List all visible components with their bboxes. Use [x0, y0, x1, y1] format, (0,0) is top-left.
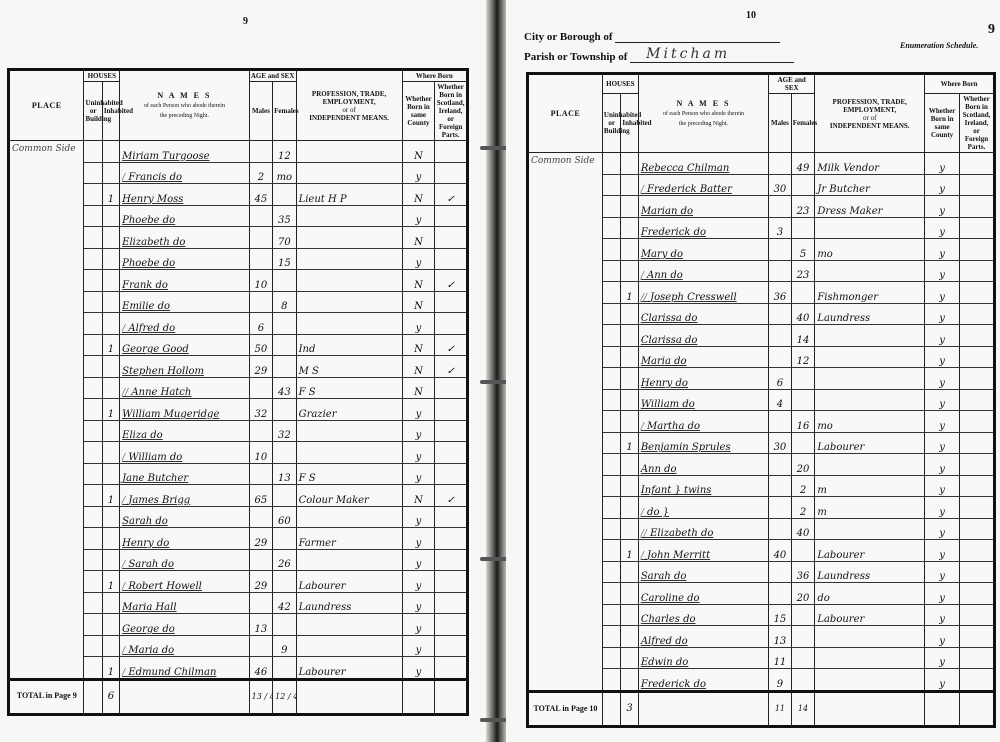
profession	[296, 549, 402, 571]
female-age	[791, 282, 815, 304]
person-name: Clarissa do	[638, 303, 768, 325]
city-borough-line: City or Borough of	[524, 28, 780, 43]
born-same-county: y	[925, 260, 960, 282]
born-foreign	[435, 549, 468, 571]
born-same-county: y	[402, 248, 435, 270]
parish-township-line: Parish or Township of Mitcham	[524, 46, 794, 63]
person-name: Clarissa do	[638, 325, 768, 347]
total-foreign	[960, 691, 995, 726]
inhabited-cell	[621, 196, 638, 218]
uninhabited-cell	[84, 141, 102, 163]
person-name: / Ann do	[638, 260, 768, 282]
inhabited-cell	[102, 506, 119, 528]
female-age	[273, 442, 296, 464]
inhabited-cell	[102, 592, 119, 614]
born-foreign	[435, 141, 468, 163]
born-foreign	[960, 368, 995, 390]
person-name: Ann do	[638, 454, 768, 476]
female-age	[791, 368, 815, 390]
born-foreign	[960, 583, 995, 605]
male-age	[769, 475, 792, 497]
uninhabited-cell	[84, 356, 102, 378]
born-same-county: N	[402, 291, 435, 313]
born-foreign	[435, 313, 468, 335]
born-foreign	[435, 420, 468, 442]
inhabited-cell: 1	[621, 540, 638, 562]
person-name: / John Merritt	[638, 540, 768, 562]
female-age	[273, 399, 296, 421]
col-place: PLACE	[9, 70, 84, 141]
male-age: 15	[769, 604, 792, 626]
profession	[296, 420, 402, 442]
born-same-county: y	[925, 174, 960, 196]
uninhabited-cell	[602, 389, 620, 411]
profession: Laundress	[815, 303, 925, 325]
born-foreign	[960, 604, 995, 626]
female-age: 14	[791, 325, 815, 347]
born-foreign	[435, 635, 468, 657]
uninhabited-cell	[84, 614, 102, 636]
person-name: George Good	[120, 334, 250, 356]
born-same-county: y	[925, 196, 960, 218]
profession: Laundress	[296, 592, 402, 614]
col-males: Males	[251, 107, 271, 115]
person-name: // Joseph Cresswell	[638, 282, 768, 304]
born-foreign	[960, 325, 995, 347]
born-foreign: ✓	[435, 184, 468, 206]
person-name: / Sarah do	[120, 549, 250, 571]
person-name: Miriam Turgoose	[120, 141, 250, 163]
col-females: Females	[274, 107, 294, 115]
inhabited-cell	[621, 604, 638, 626]
book-spine	[486, 0, 508, 742]
born-foreign	[960, 411, 995, 433]
profession: Farmer	[296, 528, 402, 550]
born-foreign	[960, 303, 995, 325]
female-age	[273, 313, 296, 335]
born-same-county: y	[402, 571, 435, 593]
person-name: Alfred do	[638, 626, 768, 648]
male-age	[249, 141, 272, 163]
born-same-county: y	[925, 518, 960, 540]
inhabited-cell	[102, 463, 119, 485]
inhabited-cell: 1	[102, 571, 119, 593]
inhabited-cell	[102, 313, 119, 335]
uninhabited-cell	[602, 647, 620, 669]
born-same-county: y	[402, 420, 435, 442]
female-age: 32	[273, 420, 296, 442]
profession: mo	[815, 411, 925, 433]
profession	[296, 313, 402, 335]
person-name: / William do	[120, 442, 250, 464]
inhabited-cell: 1	[102, 657, 119, 680]
male-age	[769, 518, 792, 540]
city-borough-value	[615, 28, 780, 43]
profession: Labourer	[815, 540, 925, 562]
female-age: 8	[273, 291, 296, 313]
inhabited-cell	[621, 217, 638, 239]
uninhabited-cell	[602, 497, 620, 519]
profession: Milk Vendor	[815, 153, 925, 175]
male-age: 30	[769, 174, 792, 196]
total-names	[120, 679, 250, 714]
male-age: 46	[249, 657, 272, 680]
schedule-label: Enumeration Schedule.	[900, 41, 978, 50]
born-same-county: y	[925, 325, 960, 347]
parish-township-value: Mitcham	[630, 46, 794, 63]
born-foreign	[960, 196, 995, 218]
total-same-county	[925, 691, 960, 726]
born-same-county: y	[925, 346, 960, 368]
col-names: N A M E Sof each Person who abode therei…	[120, 70, 250, 141]
male-age	[249, 549, 272, 571]
person-name: Mary do	[638, 239, 768, 261]
male-age	[249, 463, 272, 485]
total-label: TOTAL in Page 9	[9, 679, 84, 714]
born-same-county: N	[402, 485, 435, 507]
male-age	[249, 420, 272, 442]
male-age: 13	[769, 626, 792, 648]
inhabited-cell	[102, 420, 119, 442]
male-age	[769, 260, 792, 282]
col-same-county: Whether Born in same County	[926, 107, 958, 139]
born-same-county: N	[402, 334, 435, 356]
inhabited-cell	[621, 346, 638, 368]
male-age: 10	[249, 442, 272, 464]
born-foreign	[960, 153, 995, 175]
uninhabited-cell	[602, 411, 620, 433]
uninhabited-cell	[602, 217, 620, 239]
person-name: Frederick do	[638, 217, 768, 239]
profession	[815, 669, 925, 692]
born-foreign: ✓	[435, 356, 468, 378]
col-uninhabited: Uninhabited or Building	[85, 99, 100, 123]
inhabited-cell: 1	[102, 399, 119, 421]
uninhabited-cell	[84, 549, 102, 571]
profession: Dress Maker	[815, 196, 925, 218]
total-males: 11	[769, 691, 792, 726]
uninhabited-cell	[84, 291, 102, 313]
profession: Labourer	[296, 657, 402, 680]
uninhabited-cell	[602, 196, 620, 218]
inhabited-cell	[621, 561, 638, 583]
person-name: / Martha do	[638, 411, 768, 433]
uninhabited-cell	[602, 239, 620, 261]
male-age	[769, 196, 792, 218]
born-same-county: y	[402, 528, 435, 550]
female-age: 26	[273, 549, 296, 571]
female-age: 43	[273, 377, 296, 399]
person-name: Marian do	[638, 196, 768, 218]
col-place: PLACE	[528, 74, 603, 153]
born-same-county: N	[402, 356, 435, 378]
female-age	[273, 334, 296, 356]
born-foreign	[435, 162, 468, 184]
born-same-county: N	[402, 270, 435, 292]
born-foreign	[435, 571, 468, 593]
inhabited-cell: 1	[102, 485, 119, 507]
uninhabited-cell	[84, 506, 102, 528]
uninhabited-cell	[602, 346, 620, 368]
profession: Labourer	[815, 604, 925, 626]
profession	[815, 626, 925, 648]
male-age: 32	[249, 399, 272, 421]
male-age	[769, 303, 792, 325]
female-age: 40	[791, 518, 815, 540]
profession	[815, 217, 925, 239]
born-same-county: N	[402, 141, 435, 163]
born-same-county: y	[925, 239, 960, 261]
inhabited-cell	[102, 377, 119, 399]
total-inhabited: 3	[621, 691, 638, 726]
male-age: 29	[249, 356, 272, 378]
female-age	[273, 614, 296, 636]
male-age: 45	[249, 184, 272, 206]
born-same-county: y	[402, 162, 435, 184]
col-age-sex: AGE and SEX	[249, 70, 296, 82]
male-age: 40	[769, 540, 792, 562]
person-name: / do }	[638, 497, 768, 519]
born-foreign	[960, 454, 995, 476]
col-houses: HOUSES	[602, 74, 638, 94]
uninhabited-cell	[84, 420, 102, 442]
female-age: 12	[273, 141, 296, 163]
uninhabited-cell	[602, 583, 620, 605]
inhabited-cell	[621, 454, 638, 476]
inhabited-cell	[102, 248, 119, 270]
born-foreign	[960, 475, 995, 497]
col-names: N A M E Sof each Person who abode therei…	[638, 74, 768, 153]
inhabited-cell	[621, 411, 638, 433]
uninhabited-cell	[84, 592, 102, 614]
female-age: 2	[791, 497, 815, 519]
total-uninhabited	[84, 679, 102, 714]
person-name: Henry do	[638, 368, 768, 390]
male-age: 29	[249, 571, 272, 593]
total-females: 12 / 44	[273, 679, 296, 714]
inhabited-cell	[621, 260, 638, 282]
inhabited-cell	[621, 518, 638, 540]
female-age	[791, 604, 815, 626]
uninhabited-cell	[602, 626, 620, 648]
uninhabited-cell	[84, 463, 102, 485]
col-males: Males	[770, 119, 790, 127]
profession	[815, 346, 925, 368]
male-age	[249, 377, 272, 399]
male-age: 13	[249, 614, 272, 636]
born-same-county: y	[925, 217, 960, 239]
uninhabited-cell	[602, 669, 620, 692]
born-foreign	[435, 291, 468, 313]
profession	[296, 442, 402, 464]
person-name: William Mugeridge	[120, 399, 250, 421]
page-number: 10	[746, 10, 756, 21]
female-age	[791, 217, 815, 239]
total-same-county	[402, 679, 435, 714]
inhabited-cell	[102, 614, 119, 636]
female-age	[273, 571, 296, 593]
born-same-county: y	[402, 399, 435, 421]
uninhabited-cell	[602, 540, 620, 562]
person-name: Frank do	[120, 270, 250, 292]
female-age: 20	[791, 454, 815, 476]
male-age: 9	[769, 669, 792, 692]
profession: F S	[296, 377, 402, 399]
person-name: / Alfred do	[120, 313, 250, 335]
inhabited-cell	[102, 205, 119, 227]
born-same-county: y	[402, 506, 435, 528]
uninhabited-cell	[602, 604, 620, 626]
uninhabited-cell	[602, 260, 620, 282]
col-houses: HOUSES	[84, 70, 120, 82]
male-age	[769, 583, 792, 605]
profession	[296, 291, 402, 313]
profession: Laundress	[815, 561, 925, 583]
uninhabited-cell	[602, 561, 620, 583]
female-age	[791, 626, 815, 648]
inhabited-cell	[621, 669, 638, 692]
total-males: 13 / 44	[249, 679, 272, 714]
inhabited-cell: 1	[102, 334, 119, 356]
inhabited-cell	[102, 549, 119, 571]
inhabited-cell	[621, 325, 638, 347]
uninhabited-cell	[602, 432, 620, 454]
uninhabited-cell	[84, 571, 102, 593]
female-age: 36	[791, 561, 815, 583]
born-foreign	[435, 463, 468, 485]
born-same-county: y	[402, 657, 435, 680]
inhabited-cell	[621, 626, 638, 648]
inhabited-cell	[621, 583, 638, 605]
col-profession: PROFESSION, TRADE,EMPLOYMENT,or ofINDEPE…	[815, 74, 925, 153]
profession: Grazier	[296, 399, 402, 421]
born-same-county: y	[402, 614, 435, 636]
person-name: Infant } twins	[638, 475, 768, 497]
total-label: TOTAL in Page 10	[528, 691, 603, 726]
col-foreign: Whether Born in Scotland, Ireland, or Fo…	[436, 83, 465, 139]
person-name: Elizabeth do	[120, 227, 250, 249]
person-name: Henry do	[120, 528, 250, 550]
born-same-county: y	[402, 442, 435, 464]
male-age	[769, 153, 792, 175]
uninhabited-cell	[84, 485, 102, 507]
born-same-county: y	[925, 411, 960, 433]
female-age	[273, 528, 296, 550]
uninhabited-cell	[84, 334, 102, 356]
born-same-county: y	[925, 389, 960, 411]
person-name: George do	[120, 614, 250, 636]
female-age: mo	[273, 162, 296, 184]
census-table-page-10: PLACE HOUSES N A M E Sof each Person who…	[526, 72, 996, 728]
born-same-county: y	[925, 303, 960, 325]
col-inhabited: Inhabited	[622, 119, 636, 127]
person-name: Benjamin Sprules	[638, 432, 768, 454]
total-females: 14	[791, 691, 815, 726]
uninhabited-cell	[84, 528, 102, 550]
male-age	[249, 291, 272, 313]
profession	[296, 614, 402, 636]
profession: do	[815, 583, 925, 605]
person-name: Maria do	[638, 346, 768, 368]
person-name: // Elizabeth do	[638, 518, 768, 540]
col-uninhabited: Uninhabited or Building	[604, 111, 619, 135]
uninhabited-cell	[602, 518, 620, 540]
born-foreign	[960, 647, 995, 669]
person-name: / Edmund Chilman	[120, 657, 250, 680]
person-name: Stephen Hollom	[120, 356, 250, 378]
born-foreign	[960, 497, 995, 519]
uninhabited-cell	[602, 325, 620, 347]
profession	[296, 227, 402, 249]
inhabited-cell: 1	[621, 432, 638, 454]
born-foreign	[960, 540, 995, 562]
uninhabited-cell	[602, 454, 620, 476]
male-age	[769, 561, 792, 583]
inhabited-cell	[621, 174, 638, 196]
inhabited-cell	[102, 528, 119, 550]
born-same-county: y	[925, 583, 960, 605]
total-row: TOTAL in Page 9613 / 4412 / 44	[9, 679, 468, 714]
born-foreign	[960, 518, 995, 540]
profession: Colour Maker	[296, 485, 402, 507]
right-page: 10 City or Borough of Parish or Township…	[506, 0, 1000, 742]
person-name: // Anne Hatch	[120, 377, 250, 399]
born-foreign	[960, 346, 995, 368]
uninhabited-cell	[602, 153, 620, 175]
born-same-county: y	[402, 592, 435, 614]
born-same-county: y	[925, 432, 960, 454]
male-age	[249, 635, 272, 657]
male-age: 30	[769, 432, 792, 454]
inhabited-cell: 1	[621, 282, 638, 304]
born-same-county: y	[925, 282, 960, 304]
female-age	[273, 485, 296, 507]
col-where-born: Where Born	[402, 70, 467, 82]
male-age: 3	[769, 217, 792, 239]
profession	[296, 162, 402, 184]
profession	[815, 368, 925, 390]
born-foreign	[960, 669, 995, 692]
inhabited-cell	[621, 303, 638, 325]
person-name: / Robert Howell	[120, 571, 250, 593]
female-age: 23	[791, 196, 815, 218]
col-foreign: Whether Born in Scotland, Ireland, or Fo…	[961, 95, 992, 151]
born-foreign	[960, 389, 995, 411]
female-age: 16	[791, 411, 815, 433]
born-foreign	[960, 174, 995, 196]
profession	[296, 205, 402, 227]
profession	[815, 518, 925, 540]
total-names	[638, 691, 768, 726]
born-same-county: y	[925, 454, 960, 476]
profession	[296, 270, 402, 292]
col-age-sex: AGE and SEX	[769, 74, 815, 94]
uninhabited-cell	[84, 162, 102, 184]
born-same-county: y	[402, 313, 435, 335]
uninhabited-cell	[84, 635, 102, 657]
female-age: 70	[273, 227, 296, 249]
uninhabited-cell	[84, 399, 102, 421]
inhabited-cell	[102, 227, 119, 249]
male-age: 11	[769, 647, 792, 669]
inhabited-cell	[102, 270, 119, 292]
female-age: 12	[791, 346, 815, 368]
person-name: / Maria do	[120, 635, 250, 657]
female-age	[791, 540, 815, 562]
place-value: Common Side	[9, 141, 84, 680]
male-age	[769, 239, 792, 261]
profession	[296, 141, 402, 163]
